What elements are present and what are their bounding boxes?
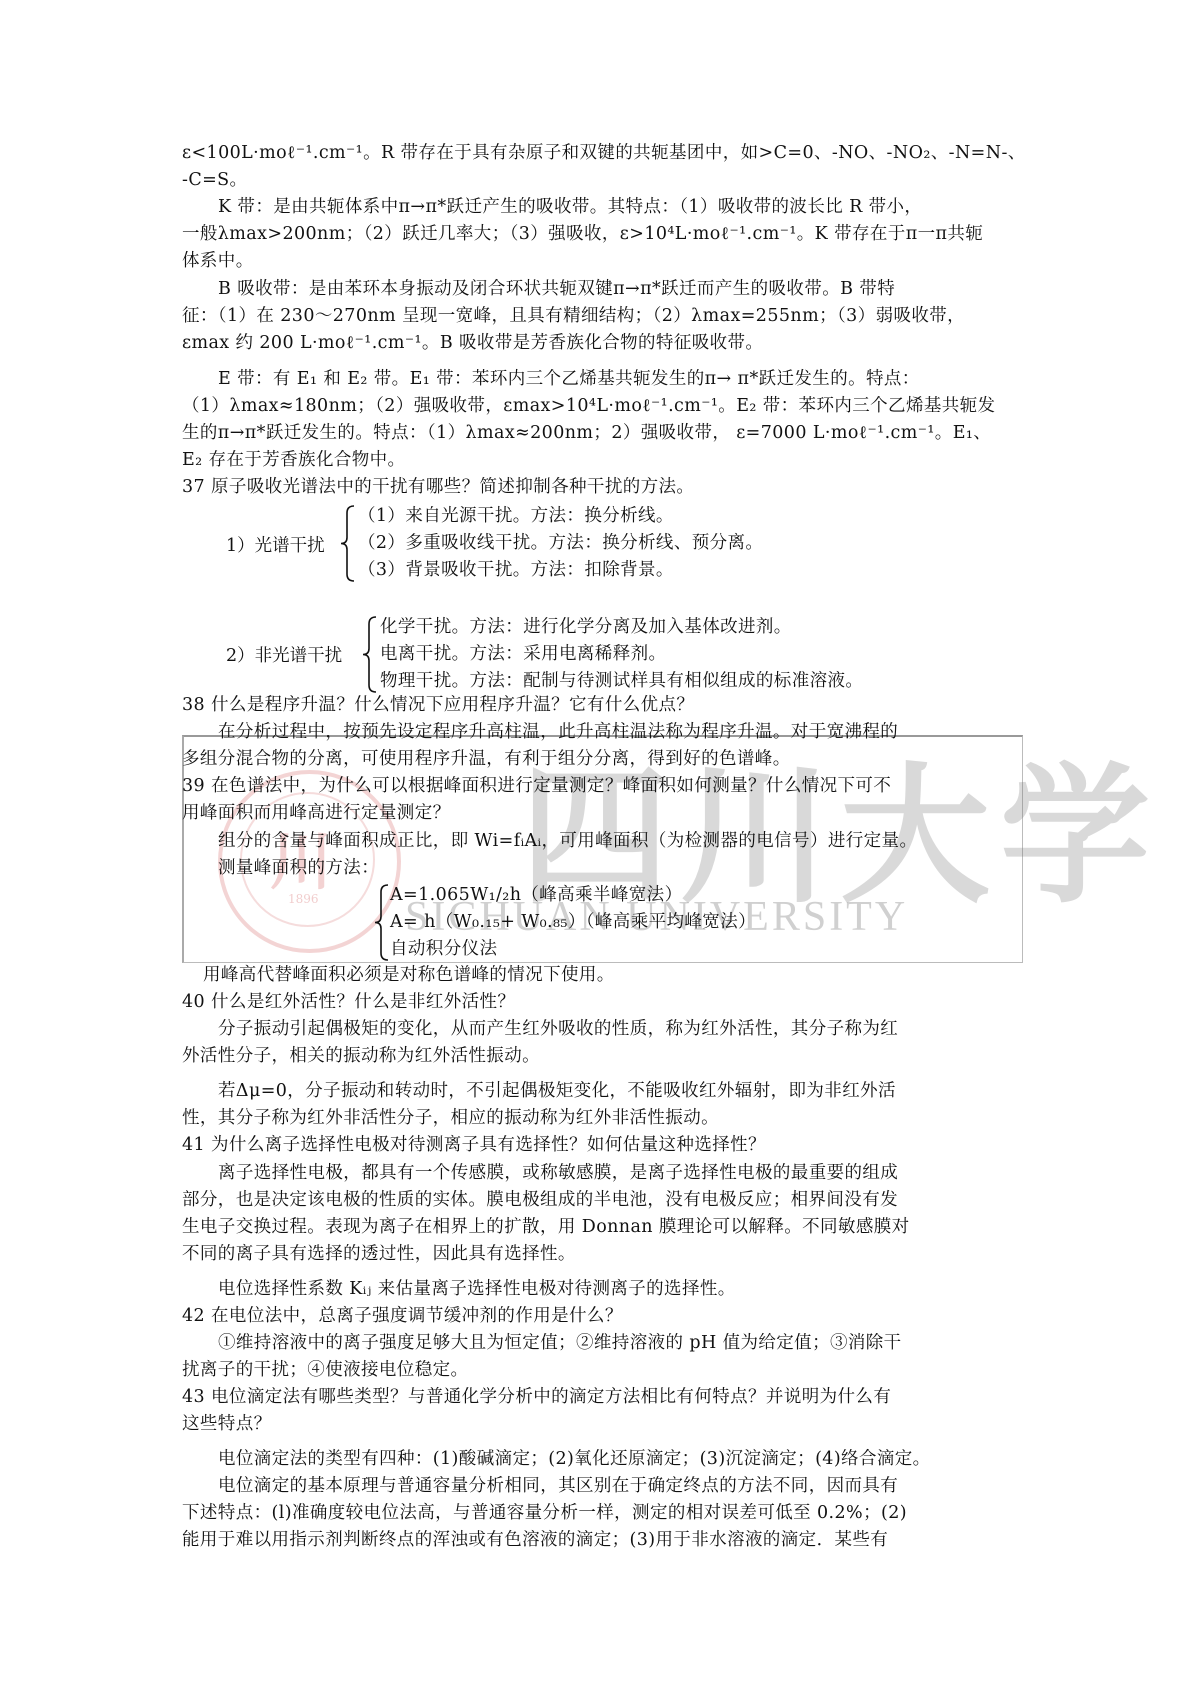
paragraph-line: B 吸收带：是由苯环本身振动及闭合环状共轭双键π→π*跃迁而产生的吸收带。B 带… [218,276,1058,303]
curly-brace-icon [338,503,358,584]
paragraph-line: ε<100L·moℓ⁻¹.cm⁻¹。R 带存在于具有杂原子和双键的共轭基团中，如… [182,140,1022,167]
paragraph-line: ①维持溶液中的离子强度足够大且为恒定值；②维持溶液的 pH 值为给定值；③消除干 [218,1330,1058,1357]
brace-group-item: 自动积分仪法 [390,936,756,963]
paragraph-line: 扰离子的干扰；④使液接电位稳定。 [182,1357,1022,1384]
paragraph-line: 征：（1）在 230～270nm 呈现一宽峰，且具有精细结构；（2）λmax=2… [182,303,1022,330]
brace-group-item: （1）来自光源干扰。方法：换分析线。 [358,503,763,530]
paragraph-line: 外活性分子，相关的振动称为红外活性振动。 [182,1043,1022,1070]
question-heading: 39 在色谱法中，为什么可以根据峰面积进行定量测定？峰面积如何测量？什么情况下可… [182,773,1022,800]
paragraph-line: 电位选择性系数 Kᵢⱼ 来估量离子选择性电极对待测离子的选择性。 [218,1276,1058,1303]
paragraph-line: -C=S。 [182,167,1022,194]
paragraph-line: （1）λmax≈180nm；（2）强吸收带，εmax>10⁴L·moℓ⁻¹.cm… [182,393,1022,420]
document-page: 川 1896 四川大学 SICHUAN UNIVERSITY ε<100L·mo… [0,0,1200,1697]
brace-group-items: 化学干扰。方法：进行化学分离及加入基体改进剂。电离干扰。方法：采用电离稀释剂。物… [380,614,863,695]
paragraph-line: 下述特点：(l)准确度较电位法高，与普通容量分析一样，测定的相对误差可低至 0.… [182,1500,1022,1527]
paragraph-line: 生的π→π*跃迁发生的。特点：（1）λmax≈200nm；2）强吸收带， ε=7… [182,420,1022,447]
question-heading: 38 什么是程序升温？什么情况下应用程序升温？它有什么优点？ [182,692,1022,719]
paragraph-line: 离子选择性电极，都具有一个传感膜，或称敏感膜，是离子选择性电极的最重要的组成 [218,1160,1058,1187]
document-body: ε<100L·moℓ⁻¹.cm⁻¹。R 带存在于具有杂原子和双键的共轭基团中，如… [0,0,1200,1697]
paragraph-line: E₂ 存在于芳香族化合物中。 [182,447,1022,474]
question-heading: 42 在电位法中，总离子强度调节缓冲剂的作用是什么？ [182,1303,1022,1330]
curly-brace-icon [372,882,392,963]
paragraph-line: 若Δμ=0，分子振动和转动时，不引起偶极矩变化，不能吸收红外辐射，即为非红外活 [218,1078,1058,1105]
paragraph-line: 用峰面积而用峰高进行定量测定？ [182,800,1022,827]
paragraph-line: 生电子交换过程。表现为离子在相界上的扩散，用 Donnan 膜理论可以解释。不同… [182,1214,1022,1241]
paragraph-line: 测量峰面积的方法： [218,855,1058,882]
paragraph-line: 体系中。 [182,248,1022,275]
brace-group-item: 化学干扰。方法：进行化学分离及加入基体改进剂。 [380,614,863,641]
paragraph-line: 部分，也是决定该电极的性质的实体。膜电极组成的半电池，没有电极反应；相界间没有发 [182,1187,1022,1214]
brace-group-items: （1）来自光源干扰。方法：换分析线。（2）多重吸收线干扰。方法：换分析线、预分离… [358,503,763,584]
paragraph-line: 电位滴定法的类型有四种：(1)酸碱滴定；(2)氧化还原滴定；(3)沉淀滴定；(4… [218,1446,1058,1473]
question-heading: 40 什么是红外活性？什么是非红外活性？ [182,989,1022,1016]
brace-group-items: A=1.065W₁/₂h（峰高乘半峰宽法）A= h（W₀.₁₅+ W₀.₈₅）（… [390,882,756,963]
paragraph-line: 一般λmax>200nm；（2）跃迁几率大；（3）强吸收，ε>10⁴L·moℓ⁻… [182,221,1022,248]
brace-group-item: A=1.065W₁/₂h（峰高乘半峰宽法） [390,882,756,909]
paragraph-line: 电位滴定的基本原理与普通容量分析相同，其区别在于确定终点的方法不同，因而具有 [218,1473,1058,1500]
paragraph-line: 多组分混合物的分离，可使用程序升温，有利于组分分离，得到好的色谱峰。 [182,746,1022,773]
brace-group-item: A= h（W₀.₁₅+ W₀.₈₅）（峰高乘平均峰宽法） [390,909,756,936]
paragraph-line: K 带：是由共轭体系中π→π*跃迁产生的吸收带。其特点：（1）吸收带的波长比 R… [218,194,1058,221]
brace-group-item: （2）多重吸收线干扰。方法：换分析线、预分离。 [358,530,763,557]
paragraph-line: 组分的含量与峰面积成正比，即 Wi=fᵢAᵢ，可用峰面积（为检测器的电信号）进行… [218,828,1058,855]
paragraph-line: 不同的离子具有选择的透过性，因此具有选择性。 [182,1241,1022,1268]
brace-group-item: 电离干扰。方法：采用电离稀释剂。 [380,641,863,668]
curly-brace-icon [360,614,380,695]
paragraph-line: 在分析过程中，按预先设定程序升高柱温，此升高柱温法称为程序升温。对于宽沸程的 [218,719,1058,746]
question-heading: 37 原子吸收光谱法中的干扰有哪些？简述抑制各种干扰的方法。 [182,474,1022,501]
brace-group-item: 物理干扰。方法：配制与待测试样具有相似组成的标准溶液。 [380,668,863,695]
paragraph-line: E 带：有 E₁ 和 E₂ 带。E₁ 带：苯环内三个乙烯基共轭发生的π→ π*跃… [218,366,1058,393]
paragraph-line: 用峰高代替峰面积必须是对称色谱峰的情况下使用。 [203,962,1043,989]
brace-group-label: 2）非光谱干扰 [226,643,342,670]
brace-group-label: 1）光谱干扰 [226,533,325,560]
paragraph-line: 分子振动引起偶极矩的变化，从而产生红外吸收的性质，称为红外活性，其分子称为红 [218,1016,1058,1043]
brace-group-item: （3）背景吸收干扰。方法：扣除背景。 [358,557,763,584]
question-heading: 41 为什么离子选择性电极对待测离子具有选择性？如何估量这种选择性？ [182,1132,1022,1159]
paragraph-line: 性，其分子称为红外非活性分子，相应的振动称为红外非活性振动。 [182,1105,1022,1132]
paragraph-line: εmax 约 200 L·moℓ⁻¹.cm⁻¹。B 吸收带是芳香族化合物的特征吸… [182,330,1022,357]
paragraph-line: 这些特点？ [182,1411,1022,1438]
paragraph-line: 能用于难以用指示剂判断终点的浑浊或有色溶液的滴定；(3)用于非水溶液的滴定．某些… [182,1527,1022,1554]
question-heading: 43 电位滴定法有哪些类型？与普通化学分析中的滴定方法相比有何特点？并说明为什么… [182,1384,1022,1411]
